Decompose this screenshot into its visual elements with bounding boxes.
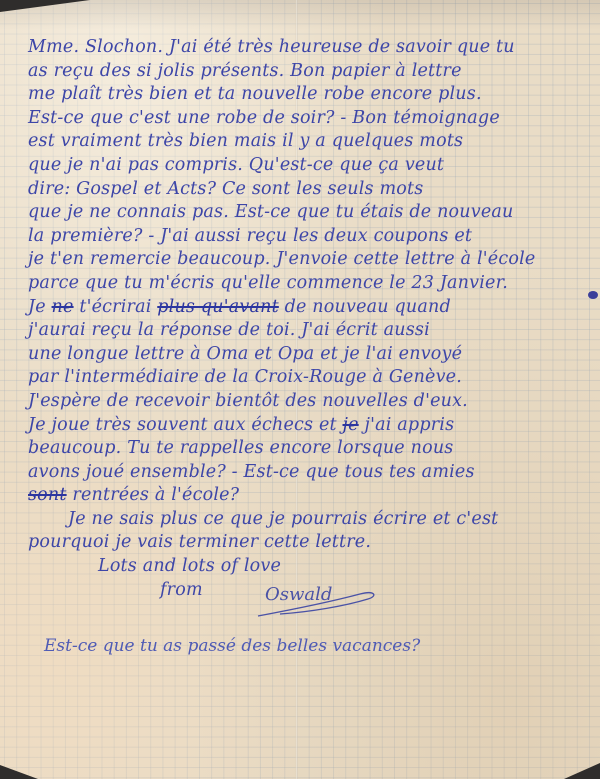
text-segment: rentrées à l'école? [67, 485, 240, 505]
letter-body: Mme. Slochon. J'ai été très heureuse de … [28, 36, 588, 602]
letter-line: pourquoi je vais terminer cette lettre. [28, 531, 588, 555]
letter-line: dire: Gospel et Acts? Ce sont les seuls … [28, 178, 588, 202]
postscript: Est-ce que tu as passé des belles vacanc… [44, 636, 420, 656]
text-segment: t'écrirai [74, 297, 158, 317]
text-segment: de nouveau quand [279, 297, 451, 317]
letter-line: que je n'ai pas compris. Qu'est-ce que ç… [28, 154, 588, 178]
page-shadow [0, 0, 600, 30]
letter-line: me plaît très bien et ta nouvelle robe e… [28, 83, 588, 107]
letter-line: parce que tu m'écris qu'elle commence le… [28, 272, 588, 296]
closing-line: Lots and lots of love [28, 555, 588, 579]
background-corner-bottom-right [564, 763, 600, 779]
struck-word: je [343, 415, 359, 435]
letter-line: avons joué ensemble? - Est-ce que tous t… [28, 461, 588, 485]
letter-line: Est-ce que c'est une robe de soir? - Bon… [28, 107, 588, 131]
text-segment: Je [28, 297, 52, 317]
struck-phrase: plus qu'avant [157, 297, 279, 317]
letter-line: Je ne sais plus ce que je pourrais écrir… [28, 508, 588, 532]
letter-line: par l'intermédiaire de la Croix-Rouge à … [28, 366, 588, 390]
letter-line: une longue lettre à Oma et Opa et je l'a… [28, 343, 588, 367]
letter-line: beaucoup. Tu te rappelles encore lorsque… [28, 437, 588, 461]
letter-line: J'espère de recevoir bientôt des nouvell… [28, 390, 588, 414]
letter-line-with-corrections: Je joue très souvent aux échecs et je j'… [28, 414, 588, 438]
background-corner-bottom-left [0, 765, 38, 779]
letter-line: Mme. Slochon. J'ai été très heureuse de … [28, 36, 588, 60]
letter-page: Mme. Slochon. J'ai été très heureuse de … [0, 0, 600, 779]
struck-word: ne [52, 297, 74, 317]
text-segment: j'ai appris [359, 415, 455, 435]
ink-blot [588, 291, 598, 299]
letter-line: est vraiment très bien mais il y a quelq… [28, 130, 588, 154]
letter-line: je t'en remercie beaucoup. J'envoie cett… [28, 248, 588, 272]
letter-line: que je ne connais pas. Est-ce que tu éta… [28, 201, 588, 225]
letter-line: j'aurai reçu la réponse de toi. J'ai écr… [28, 319, 588, 343]
signature-flourish-icon [250, 590, 380, 620]
background-corner-top-left [0, 0, 90, 12]
letter-line-with-corrections: sont rentrées à l'école? [28, 484, 588, 508]
letter-line: as reçu des si jolis présents. Bon papie… [28, 60, 588, 84]
text-segment: Je joue très souvent aux échecs et [28, 415, 343, 435]
letter-line-with-corrections: Je ne t'écrirai plus qu'avant de nouveau… [28, 296, 588, 320]
letter-line: la première? - J'ai aussi reçu les deux … [28, 225, 588, 249]
struck-word: sont [28, 485, 67, 505]
